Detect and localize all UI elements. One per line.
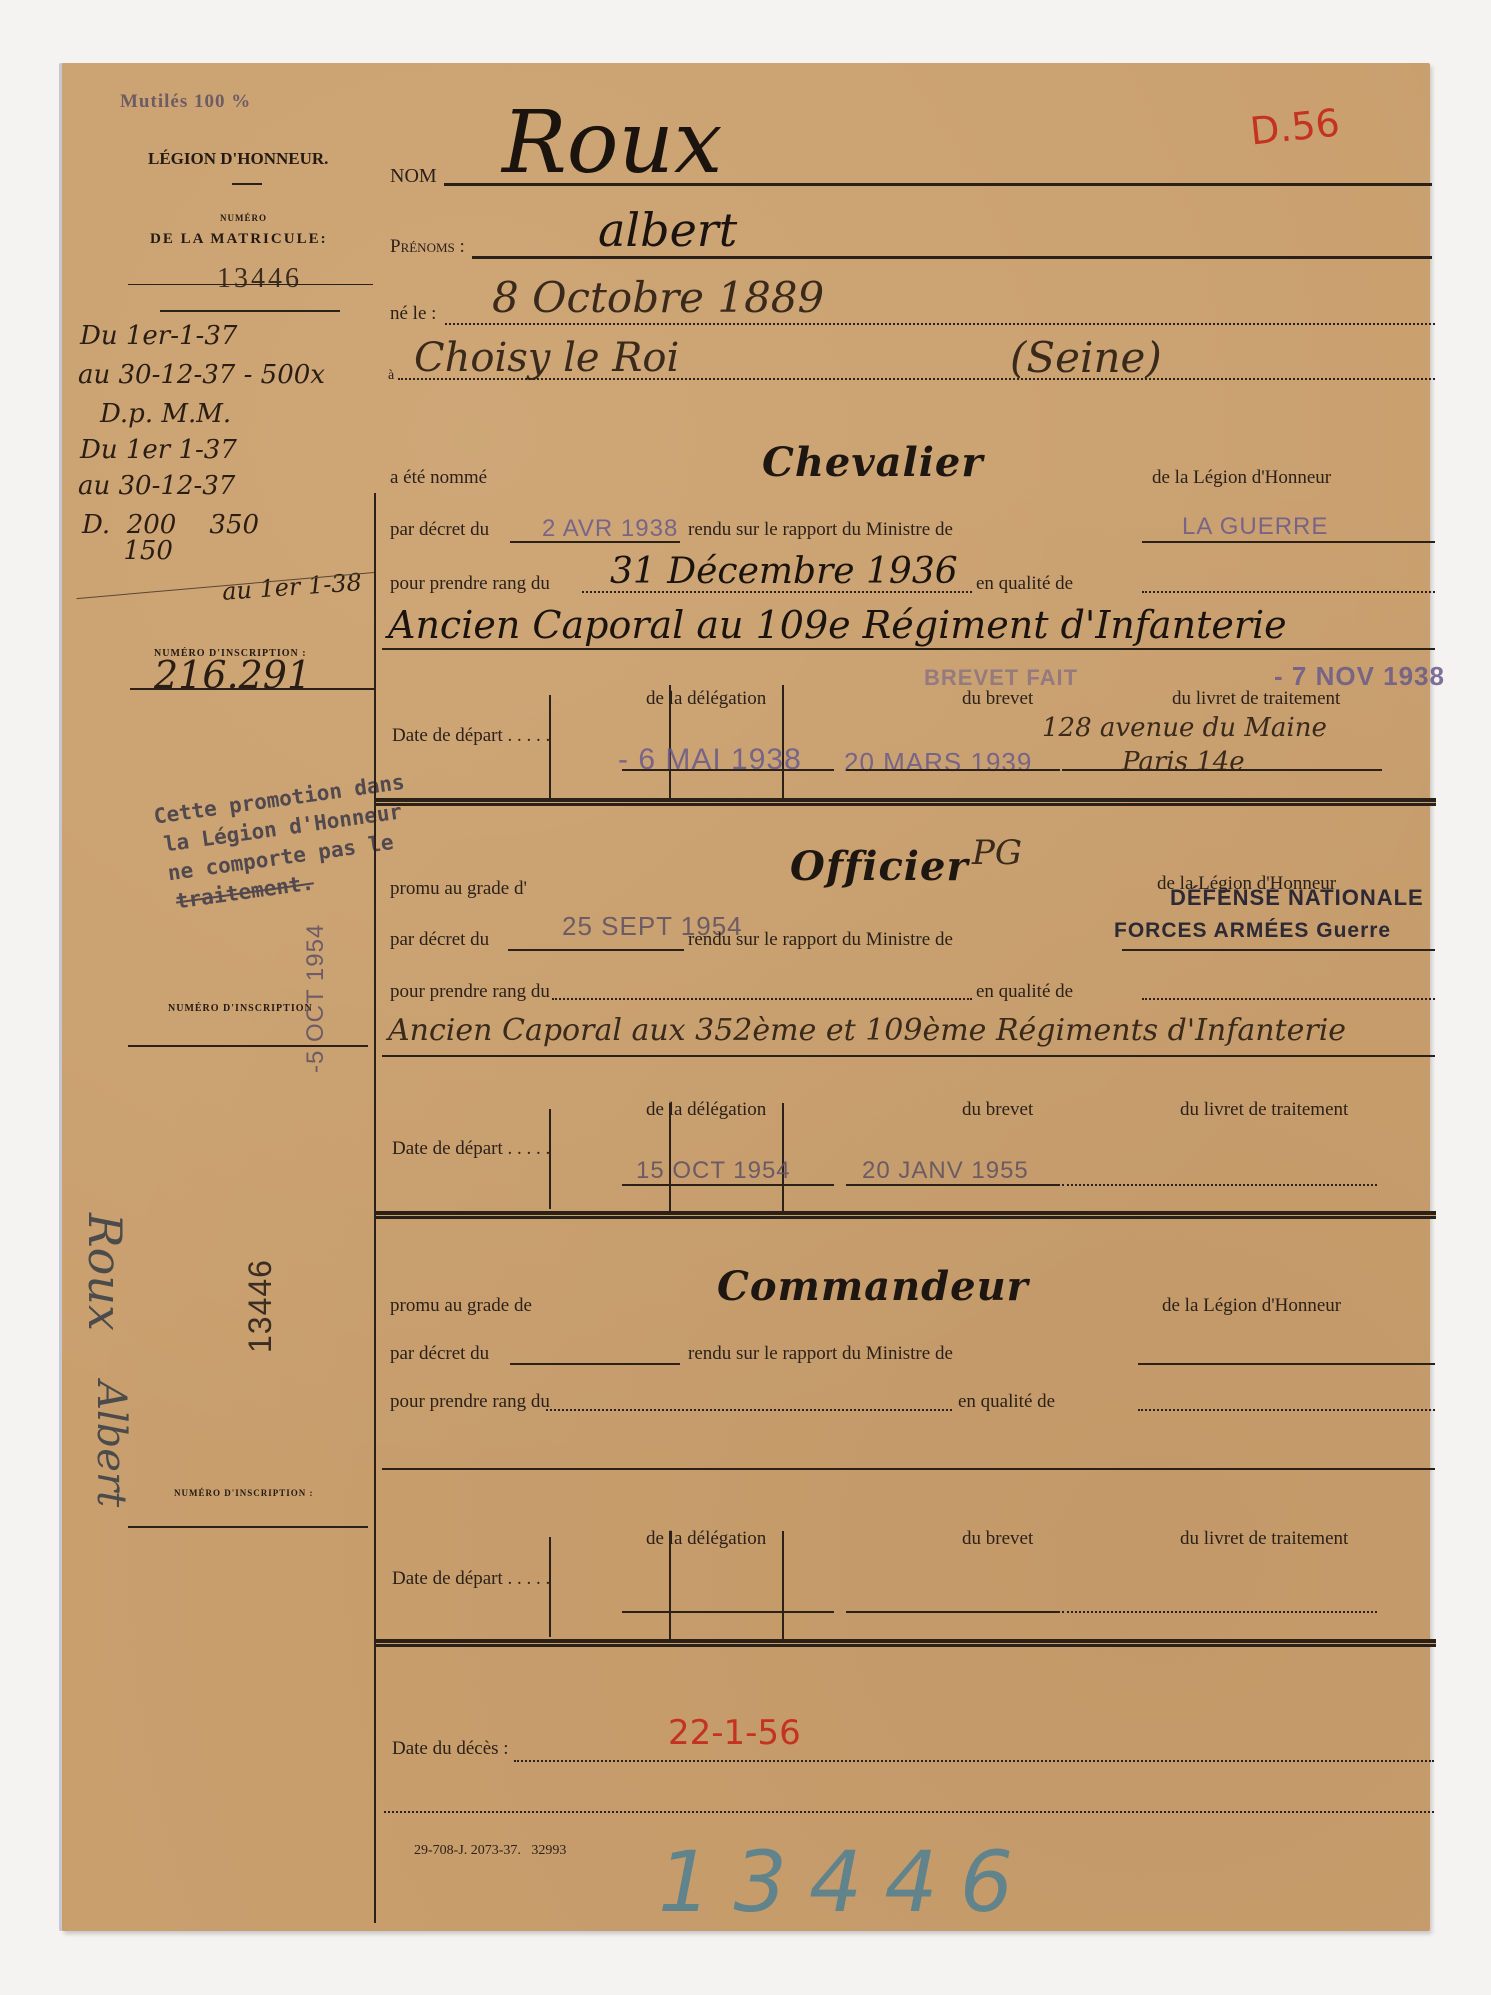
- qualite-label: en qualité de: [976, 981, 1073, 1003]
- qualite-value-line: [382, 648, 1435, 650]
- inscription-value: 216.291: [154, 653, 311, 697]
- qualite-value-line: [382, 1468, 1435, 1470]
- mutiles-stamp: Mutilés 100 %: [120, 91, 251, 113]
- note-line: au 1er 1-38: [221, 568, 363, 606]
- legion-honneur-record-card: Mutilés 100 % LÉGION D'HONNEUR. NUMÉRO D…: [62, 63, 1430, 1931]
- inscription-underline-2: [128, 1045, 368, 1047]
- divider: [232, 183, 262, 185]
- decret-label: par décret du: [390, 929, 489, 951]
- file-reference: D.56: [1248, 100, 1342, 153]
- livret-line: [1062, 1611, 1377, 1613]
- section-divider: [376, 1211, 1436, 1216]
- nom-label: NOM: [390, 165, 437, 188]
- col-delegation: de la délégation: [646, 688, 766, 710]
- deces-line: [514, 1760, 1434, 1762]
- delegation-line: [622, 1611, 834, 1613]
- brevet-date-stamp: 20 JANV 1955: [862, 1157, 1029, 1185]
- ne-le-label: né le :: [390, 303, 436, 325]
- matricule-label: DE LA MATRICULE:: [150, 231, 328, 248]
- brevet-line: [846, 769, 1060, 771]
- col-brevet: du brevet: [962, 688, 1033, 710]
- nom-line: [444, 183, 1432, 186]
- col-livret: du livret de traitement: [1172, 688, 1340, 710]
- grade-initials: PG: [972, 833, 1022, 873]
- a-label: à: [388, 368, 394, 384]
- livret-address-line-2: Paris 14e: [1122, 747, 1245, 777]
- print-reference: 29-708-J. 2073-37. 32993: [414, 1843, 566, 1859]
- numero-label: NUMÉRO: [220, 213, 267, 223]
- ministre-stamp: LA GUERRE: [1182, 513, 1328, 541]
- decret-date-stamp: 2 AVR 1938: [542, 515, 678, 543]
- birth-department-value: (Seine): [1010, 333, 1162, 382]
- matricule-strikethrough: [128, 284, 373, 285]
- brace: [549, 1109, 551, 1209]
- section-divider: [376, 1639, 1436, 1644]
- brace: [549, 695, 551, 800]
- rang-line: [582, 591, 972, 593]
- grade-title: Officier: [790, 843, 969, 890]
- decret-label: par décret du: [390, 1343, 489, 1365]
- qualite-line: [1142, 998, 1435, 1000]
- rang-line: [552, 998, 972, 1000]
- qualite-label: en qualité de: [976, 573, 1073, 595]
- decret-line: [508, 949, 684, 951]
- rang-label: pour prendre rang du: [390, 1391, 550, 1413]
- note-line: Du 1er 1-37: [80, 435, 237, 465]
- qualite-line: [1142, 591, 1435, 593]
- decret-line: [510, 541, 680, 543]
- col-delegation: de la délégation: [646, 1099, 766, 1121]
- ne-le-line: [445, 323, 1435, 325]
- col-brevet: du brevet: [962, 1099, 1033, 1121]
- delegation-line: [622, 769, 834, 771]
- note-line: au 30-12-37 - 500x: [78, 360, 325, 390]
- inscription-label-3: NUMÉRO D'INSCRIPTION :: [174, 1488, 314, 1498]
- deces-label: Date du décès :: [392, 1738, 509, 1760]
- note-line: au 30-12-37: [78, 471, 235, 501]
- grade-title: Chevalier: [762, 439, 983, 486]
- deces-value: 22-1-56: [668, 1713, 801, 1753]
- col-divider: [782, 1531, 784, 1639]
- qualite-label: en qualité de: [958, 1391, 1055, 1413]
- decret-label: par décret du: [390, 519, 489, 541]
- nom-value: Roux: [502, 93, 722, 193]
- depart-label: Date de départ . . . . .: [392, 1138, 550, 1160]
- note-line: 150: [82, 536, 173, 566]
- a-line: [398, 378, 1435, 380]
- rang-value: 31 Décembre 1936: [610, 551, 958, 592]
- legion-label: de la Légion d'Honneur: [1152, 467, 1331, 489]
- rang-line: [546, 1409, 952, 1411]
- brevet-line: [846, 1184, 1060, 1186]
- ministry-stamp-1: DÉFENSE NATIONALE: [1170, 885, 1424, 911]
- inscription-label-2: NUMÉRO D'INSCRIPTION: [168, 1003, 313, 1014]
- col-livret: du livret de traitement: [1180, 1099, 1348, 1121]
- decret-line: [510, 1363, 680, 1365]
- handwritten-number: 13446: [658, 1833, 1035, 1931]
- rapport-label: rendu sur le rapport du Ministre de: [688, 519, 953, 541]
- vertical-date-stamp: -5 OCT 1954: [302, 924, 330, 1073]
- left-brace-rule: [374, 493, 376, 1923]
- vertical-firstname: Albert: [88, 1381, 134, 1507]
- matricule-underline: [160, 310, 340, 312]
- note-line: Du 1er-1-37: [80, 321, 237, 351]
- ministre-line: [1142, 541, 1435, 543]
- ministre-line: [1138, 1363, 1435, 1365]
- livret-address-line-1: 128 avenue du Maine: [1042, 713, 1327, 743]
- qualite-value: Ancien Caporal au 109e Régiment d'Infant…: [388, 603, 1287, 647]
- livret-line: [1062, 769, 1382, 771]
- col-divider: [669, 1531, 671, 1639]
- col-delegation: de la délégation: [646, 1528, 766, 1550]
- ministry-stamp-2: FORCES ARMÉES Guerre: [1114, 919, 1391, 943]
- vertical-name: Roux: [78, 1213, 132, 1331]
- col-brevet: du brevet: [962, 1528, 1033, 1550]
- rapport-label: rendu sur le rapport du Ministre de: [688, 929, 953, 951]
- prenoms-value: albert: [598, 203, 737, 257]
- section-divider: [376, 798, 1436, 803]
- promotion-no-pay-stamp: Cette promotion dans la Légion d'Honneur…: [152, 768, 419, 918]
- note-line: D.p. M.M.: [100, 399, 231, 429]
- rang-label: pour prendre rang du: [390, 573, 550, 595]
- legion-label: de la Légion d'Honneur: [1162, 1295, 1341, 1317]
- footer-line: [384, 1811, 1434, 1813]
- birth-place-value: Choisy le Roi: [414, 335, 679, 381]
- brevet-line: [846, 1611, 1060, 1613]
- matricule-value: 13446: [217, 263, 302, 295]
- rang-label: pour prendre rang du: [390, 981, 550, 1003]
- prenoms-line: [472, 256, 1432, 259]
- rapport-label: rendu sur le rapport du Ministre de: [688, 1343, 953, 1365]
- legion-heading: LÉGION D'HONNEUR.: [148, 149, 328, 169]
- qualite-value: Ancien Caporal aux 352ème et 109ème Régi…: [388, 1013, 1346, 1048]
- inscription-underline: [130, 688, 375, 690]
- vertical-number-stamp: 13446: [242, 1259, 279, 1353]
- prenoms-label: Prénoms :: [390, 236, 465, 258]
- brace: [549, 1537, 551, 1637]
- ministre-line: [1122, 949, 1435, 951]
- delegation-date-stamp: 15 OCT 1954: [636, 1157, 791, 1185]
- birth-date-value: 8 Octobre 1889: [492, 273, 824, 322]
- inscription-underline-3: [128, 1526, 368, 1528]
- nomme-label: a été nommé: [390, 467, 487, 489]
- brevet-date-stamp: 20 MARS 1939: [844, 747, 1032, 778]
- qualite-line: [1138, 1409, 1435, 1411]
- promu-label: promu au grade de: [390, 1295, 532, 1317]
- depart-label: Date de départ . . . . .: [392, 725, 550, 747]
- depart-label: Date de départ . . . . .: [392, 1568, 550, 1590]
- delegation-line: [622, 1184, 834, 1186]
- grade-title: Commandeur: [717, 1263, 1029, 1310]
- qualite-value-line: [382, 1055, 1435, 1057]
- col-livret: du livret de traitement: [1180, 1528, 1348, 1550]
- delegation-date-stamp: - 6 MAI 1938: [618, 743, 802, 777]
- livret-line: [1062, 1184, 1377, 1186]
- promu-label: promu au grade d': [390, 878, 527, 900]
